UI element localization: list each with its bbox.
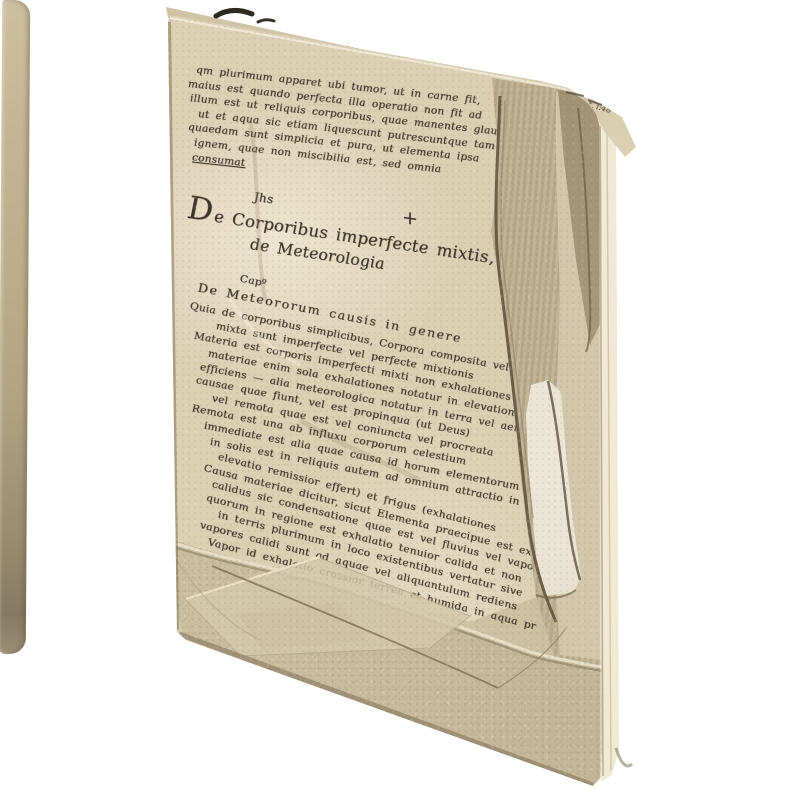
- edge-detail-lines: [0, 0, 800, 800]
- product-photo-notebook: ut X st Di fk x t Gm t' i48t. i:48 qm pl…: [0, 0, 800, 800]
